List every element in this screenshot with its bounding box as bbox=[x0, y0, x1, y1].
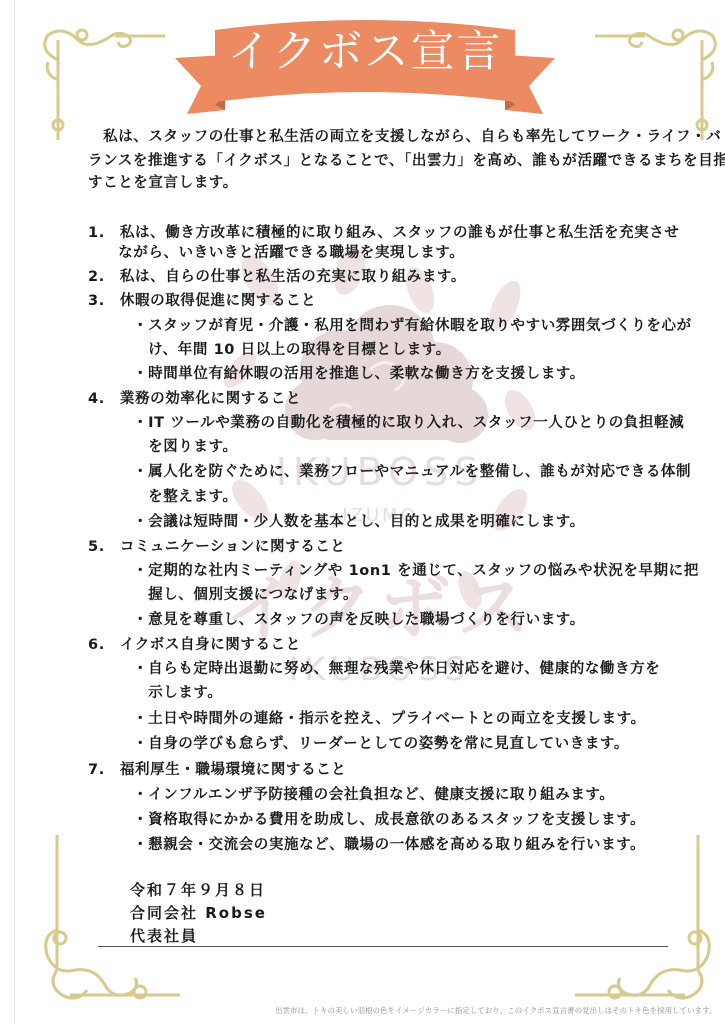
bullet-line: を整えます。 bbox=[133, 487, 238, 507]
footer-note: 出雲市は、トキの美しい羽根の色をイメージカラーに指定しており、このイクボス宣言書… bbox=[275, 1005, 717, 1016]
signature-date: 令和７年９月８日 bbox=[130, 880, 266, 900]
bullet-line: ・土日や時間外の連絡・指示を控え、プライベートとの両立を支援します。 bbox=[133, 709, 646, 729]
signature-role: 代表社員 bbox=[130, 926, 198, 946]
page-title: イクボス宣言 bbox=[215, 22, 515, 82]
bullet-line: ・意見を尊重し、スタッフの声を反映した職場づくりを行います。 bbox=[133, 610, 585, 630]
item-5-heading: 5. コミュニケーションに関すること bbox=[88, 537, 346, 557]
bullet-line: ・会議は短時間・少人数を基本とし、目的と成果を明確にします。 bbox=[133, 512, 585, 532]
bullet-line: ・自らも定時出退勤に努め、無理な残業や休日対応を避け、健康的な働き方を bbox=[133, 659, 660, 679]
bullet-line: ・資格取得にかかる費用を助成し、成長意欲のあるスタッフを支援します。 bbox=[133, 810, 645, 830]
intro-line: ランスを推進する「イクボス」となることで、「出雲力」を高め、誰もが活躍できるまち… bbox=[88, 151, 668, 171]
bullet-line: 示します。 bbox=[133, 683, 222, 703]
bullet-line: ・自身の学びも怠らず、リーダーとしての姿勢を常に見直していきます。 bbox=[133, 734, 629, 754]
item-4-heading: 4. 業務の効率化に関すること bbox=[88, 389, 301, 409]
item-2-line: 2. 私は、自らの仕事と私生活の充実に取り組みます。 bbox=[88, 267, 466, 287]
bullet-line: ・時間単位有給休暇の活用を推進し、柔軟な働き方を支援します。 bbox=[133, 364, 585, 384]
item-1-line: 1. 私は、働き方改革に積極的に取り組み、スタッフの誰もが仕事と私生活を充実させ bbox=[88, 223, 679, 243]
bullet-line: 握し、個別支援につなげます。 bbox=[133, 585, 358, 605]
bullet-line: ・インフルエンザ予防接種の会社負担など、健康支援に取り組みます。 bbox=[133, 785, 614, 805]
corner-ornament-top-left-icon bbox=[30, 20, 180, 140]
item-7-heading: 7. 福利厚生・職場環境に関すること bbox=[88, 760, 346, 780]
page-edge bbox=[14, 0, 15, 1024]
signature-line bbox=[98, 946, 668, 947]
bullet-line: ・属人化を防ぐために、業務フローやマニュアルを整備し、誰もが対応できる体制 bbox=[133, 462, 691, 482]
bullet-line: け、年間 10 日以上の取得を目標とします。 bbox=[133, 340, 451, 360]
corner-ornament-bottom-right-icon bbox=[565, 830, 725, 1010]
item-1-line: ながら、いきいきと活躍できる職場を実現します。 bbox=[88, 243, 464, 263]
item-6-heading: 6. イクボス自身に関すること bbox=[88, 635, 301, 655]
bullet-line: を図ります。 bbox=[133, 437, 238, 457]
intro-line: 私は、スタッフの仕事と私生活の両立を支援しながら、自らも率先してワーク・ライフ・… bbox=[88, 127, 668, 147]
bullet-line: ・定期的な社内ミーティングや 1on1 を通じて、スタッフの悩みや状況を早期に把 bbox=[133, 561, 699, 581]
bullet-line: ・スタッフが育児・介護・私用を問わず有給休暇を取りやすい雰囲気づくりを心が bbox=[133, 316, 692, 336]
signature-company: 合同会社 Robse bbox=[130, 903, 267, 923]
corner-ornament-top-right-icon bbox=[580, 20, 725, 140]
bullet-line: ・懇親会・交流会の実施など、職場の一体感を高める取り組みを行います。 bbox=[133, 835, 645, 855]
item-3-heading: 3. 休暇の取得促進に関すること bbox=[88, 291, 316, 311]
intro-line: すことを宣言します。 bbox=[88, 173, 668, 193]
bullet-line: ・IT ツールや業務の自動化を積極的に取り入れ、スタッフ一人ひとりの負担軽減 bbox=[133, 413, 684, 433]
